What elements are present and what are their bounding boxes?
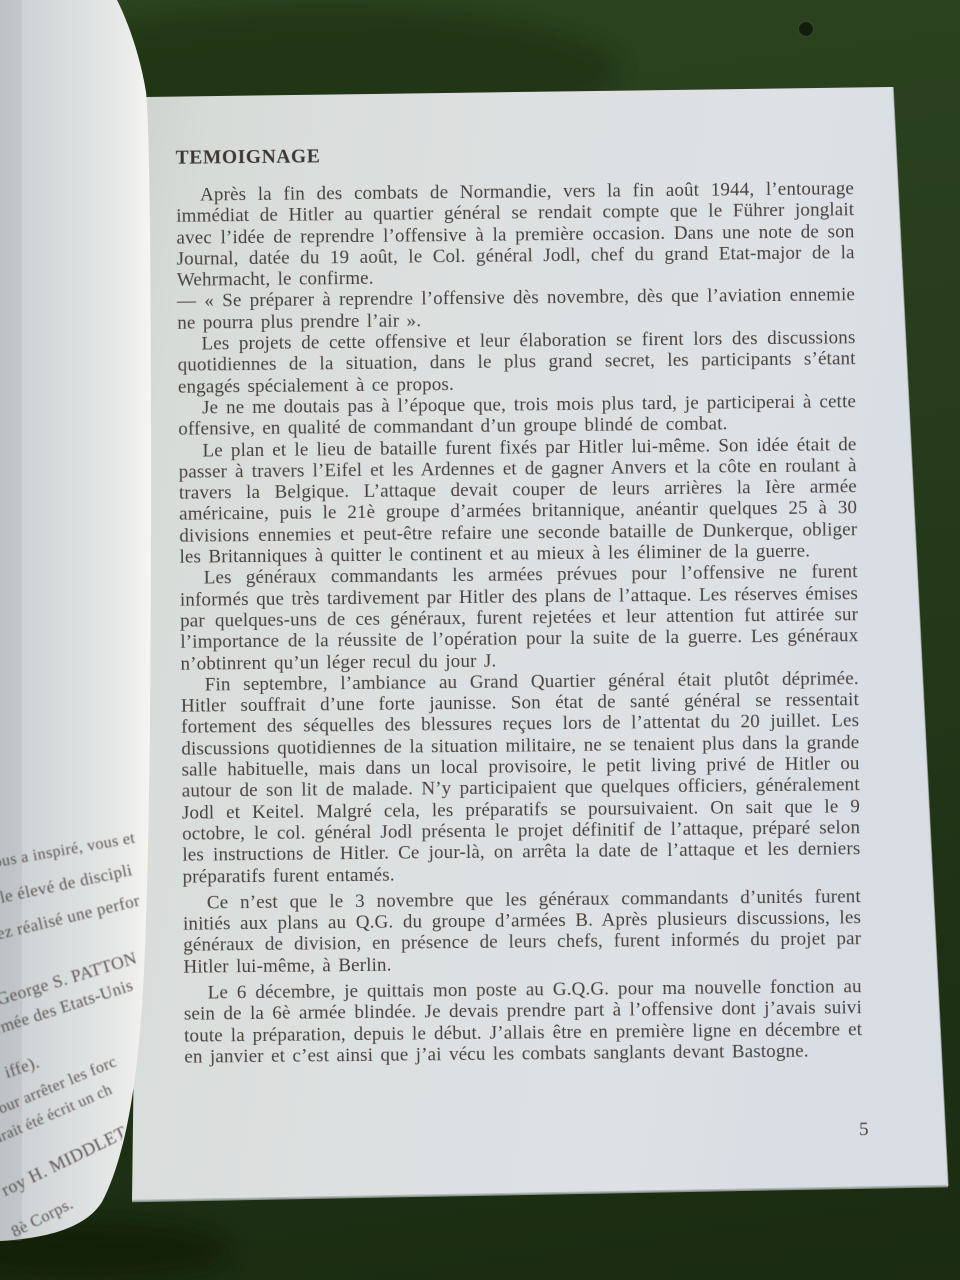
left-page-fragment: iffe). (2, 1052, 42, 1083)
body-paragraph: Le 6 décembre, je quittais mon poste au … (184, 976, 863, 1068)
body-paragraph: Ce n’est que le 3 novembre que les génér… (183, 886, 862, 978)
page-heading: TEMOIGNAGE (176, 140, 947, 169)
page-number: 5 (859, 1119, 869, 1141)
body-paragraph: Les généraux commandants les armées prév… (180, 562, 859, 675)
body-paragraph: Je ne me doutais pas à l’époque que, tro… (178, 391, 856, 440)
body-paragraph: Après la fin des combats de Normandie, v… (176, 178, 855, 291)
surface-hole (799, 22, 814, 37)
right-page: TEMOIGNAGE Après la fin des combats de N… (146, 78, 957, 1221)
quote-paragraph: — « Se préparer à reprendre l’offensive … (177, 285, 855, 334)
book-photo: vous a inspiré, vous et mple élevé de di… (0, 0, 960, 1280)
page-body: Après la fin des combats de Normandie, v… (176, 178, 862, 1068)
body-paragraph: Fin septembre, l’ambiance au Grand Quart… (181, 668, 861, 887)
body-paragraph: Les projets de cette offensive et leur é… (177, 327, 856, 397)
body-paragraph: Le plan et le lieu de bataille furent fi… (178, 434, 857, 568)
